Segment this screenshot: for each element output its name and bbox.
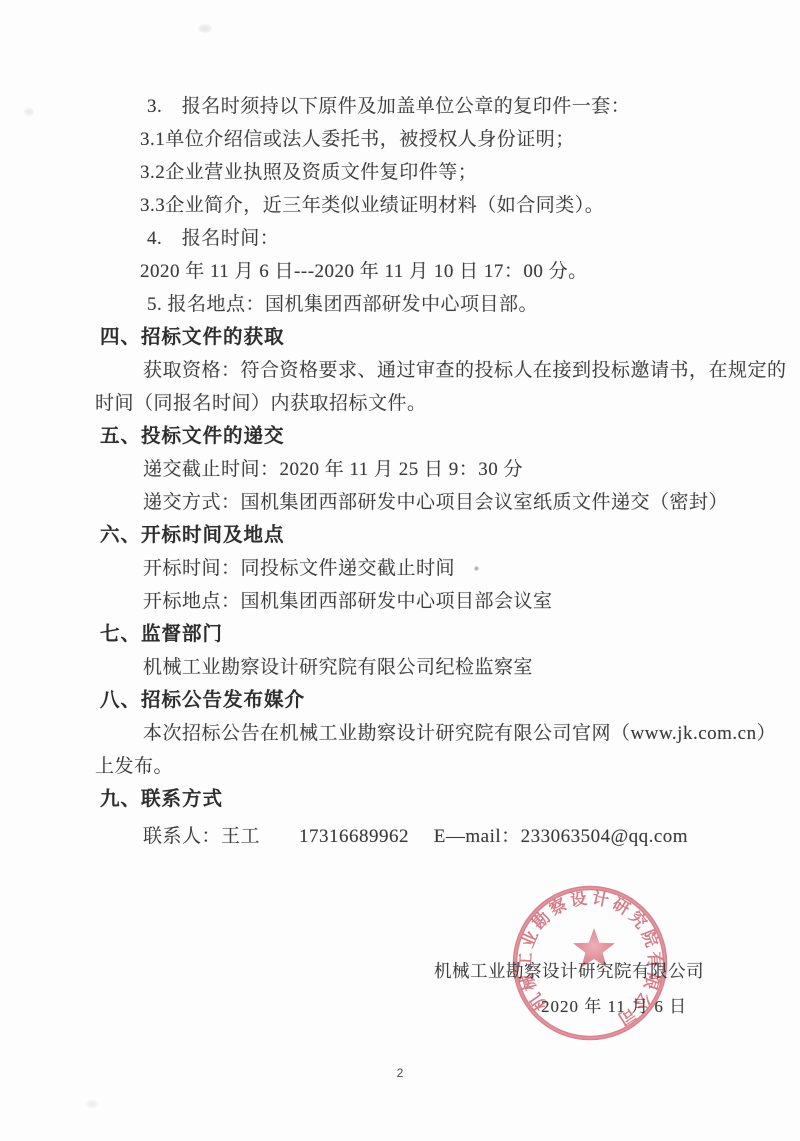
scan-speck — [198, 24, 212, 33]
section-heading-5: 五、投标文件的递交 — [95, 420, 755, 453]
doc-line: 3.2企业营业执照及资质文件复印件等； — [95, 156, 755, 189]
doc-line: 3. 报名时须持以下原件及加盖单位公章的复印件一套： — [95, 90, 755, 123]
section-heading-8: 八、招标公告发布媒介 — [95, 684, 755, 717]
doc-line: 时间（同报名时间）内获取招标文件。 — [95, 387, 755, 420]
scan-speck — [474, 566, 479, 571]
doc-line: 本次招标公告在机械工业勘察设计研究院有限公司官网（www.jk.com.cn） — [95, 717, 755, 750]
section-heading-7: 七、监督部门 — [95, 618, 755, 651]
scanned-document-page: 3. 报名时须持以下原件及加盖单位公章的复印件一套： 3.1单位介绍信或法人委托… — [0, 0, 800, 1141]
doc-line: 递交方式：国机集团西部研发中心项目会议室纸质文件递交（密封） — [95, 486, 755, 519]
doc-line: 5. 报名地点：国机集团西部研发中心项目部。 — [95, 288, 755, 321]
doc-line: 2020 年 11 月 6 日---2020 年 11 月 10 日 17：00… — [95, 255, 755, 288]
signature-date: 2020 年 11 月 6 日 — [541, 992, 687, 1017]
section-heading-6: 六、开标时间及地点 — [95, 519, 755, 552]
doc-line: 机械工业勘察设计研究院有限公司纪检监察室 — [95, 651, 755, 684]
scan-speck — [24, 108, 34, 116]
contact-line: 联系人：王工 17316689962 E—mail：233063504@qq.c… — [95, 820, 755, 853]
doc-line: 3.3企业简介，近三年类似业绩证明材料（如合同类）。 — [95, 189, 755, 222]
doc-line: 开标地点：国机集团西部研发中心项目部会议室 — [95, 585, 755, 618]
scan-speck — [86, 1100, 98, 1108]
section-heading-9: 九、联系方式 — [95, 783, 755, 816]
doc-line: 获取资格：符合资格要求、通过审查的投标人在接到投标邀请书，在规定的 — [95, 354, 755, 387]
doc-line: 递交截止时间：2020 年 11 月 25 日 9：30 分 — [95, 453, 755, 486]
doc-line: 上发布。 — [95, 750, 755, 783]
doc-line: 开标时间：同投标文件递交截止时间 — [95, 552, 755, 585]
signature-company: 机械工业勘察设计研究院有限公司 — [434, 958, 704, 983]
document-body: 3. 报名时须持以下原件及加盖单位公章的复印件一套： 3.1单位介绍信或法人委托… — [95, 90, 755, 853]
page-number: 2 — [0, 1066, 800, 1080]
section-heading-4: 四、招标文件的获取 — [95, 321, 755, 354]
doc-line: 4. 报名时间： — [95, 222, 755, 255]
doc-line: 3.1单位介绍信或法人委托书，被授权人身份证明； — [95, 123, 755, 156]
